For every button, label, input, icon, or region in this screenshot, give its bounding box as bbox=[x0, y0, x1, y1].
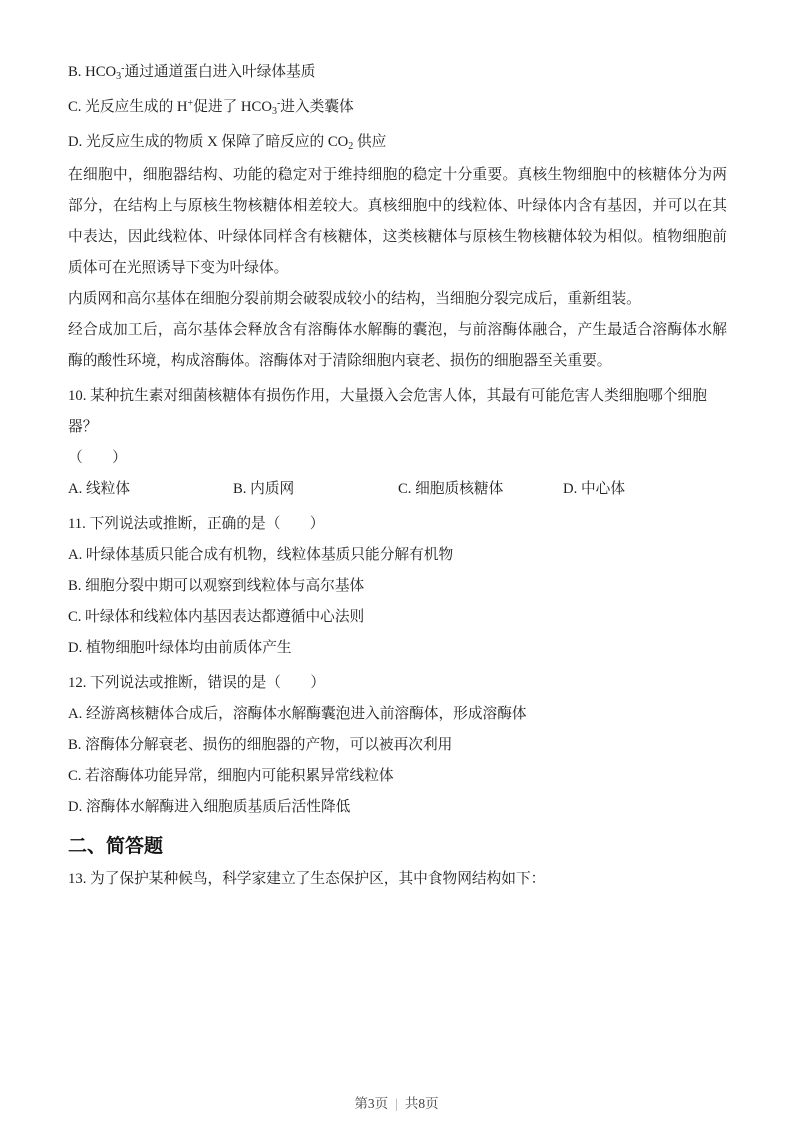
question-option: D. 中心体 bbox=[563, 474, 727, 505]
question-11: 11. 下列说法或推断，正确的是（ ） A. 叶绿体基质只能合成有机物，线粒体基… bbox=[68, 509, 727, 664]
question-option-b: B. HCO3-通过通道蛋白进入叶绿体基质 bbox=[68, 55, 727, 90]
exam-page: B. HCO3-通过通道蛋白进入叶绿体基质 C. 光反应生成的 H+促进了 HC… bbox=[0, 0, 793, 1122]
question-option-d: D. 光反应生成的物质 X 保障了暗反应的 CO2 供应 bbox=[68, 125, 727, 160]
page-content: B. HCO3-通过通道蛋白进入叶绿体基质 C. 光反应生成的 H+促进了 HC… bbox=[68, 55, 727, 895]
question-option: A. 线粒体 bbox=[68, 474, 233, 505]
question-option: B. 溶酶体分解衰老、损伤的细胞器的产物，可以被再次利用 bbox=[68, 730, 727, 761]
question-stem: 12. 下列说法或推断，错误的是（ ） bbox=[68, 668, 727, 699]
question-option: A. 经游离核糖体合成后，溶酶体水解酶囊泡进入前溶酶体，形成溶酶体 bbox=[68, 699, 727, 730]
page-number: 第3页 bbox=[354, 1096, 388, 1111]
question-option-c: C. 光反应生成的 H+促进了 HCO3-进入类囊体 bbox=[68, 90, 727, 125]
page-footer: 第3页|共8页 bbox=[0, 1094, 793, 1114]
question-option: C. 若溶酶体功能异常，细胞内可能积累异常线粒体 bbox=[68, 761, 727, 792]
question-10: 10. 某种抗生素对细菌核糖体有损伤作用，大量摄入会危害人体，其最有可能危害人类… bbox=[68, 381, 727, 505]
info-paragraph-lysosome: 经合成加工后，高尔基体会释放含有溶酶体水解酶的囊泡，与前溶酶体融合，产生最适合溶… bbox=[68, 315, 727, 377]
options-row: A. 线粒体 B. 内质网 C. 细胞质核糖体 D. 中心体 bbox=[68, 474, 727, 505]
question-12: 12. 下列说法或推断，错误的是（ ） A. 经游离核糖体合成后，溶酶体水解酶囊… bbox=[68, 668, 727, 823]
answer-parentheses: （ ） bbox=[68, 443, 727, 474]
footer-separator: | bbox=[395, 1096, 398, 1111]
page-count: 共8页 bbox=[405, 1096, 439, 1111]
info-paragraph-er-golgi: 内质网和高尔基体在细胞分裂前期会破裂成较小的结构，当细胞分裂完成后，重新组装。 bbox=[68, 284, 727, 315]
question-13-stem: 13. 为了保护某种候鸟，科学家建立了生态保护区，其中食物网结构如下： bbox=[68, 864, 727, 895]
question-option: A. 叶绿体基质只能合成有机物，线粒体基质只能分解有机物 bbox=[68, 540, 727, 571]
question-option: B. 内质网 bbox=[233, 474, 398, 505]
question-option: B. 细胞分裂中期可以观察到线粒体与高尔基体 bbox=[68, 571, 727, 602]
question-option: C. 叶绿体和线粒体内基因表达都遵循中心法则 bbox=[68, 602, 727, 633]
section-heading: 二、简答题 bbox=[68, 830, 727, 864]
info-paragraph-ribosome: 在细胞中，细胞器结构、功能的稳定对于维持细胞的稳定十分重要。真核生物细胞中的核糖… bbox=[68, 160, 727, 284]
question-option: D. 植物细胞叶绿体均由前质体产生 bbox=[68, 633, 727, 664]
question-stem: 11. 下列说法或推断，正确的是（ ） bbox=[68, 509, 727, 540]
question-option: D. 溶酶体水解酶进入细胞质基质后活性降低 bbox=[68, 792, 727, 823]
question-stem: 10. 某种抗生素对细菌核糖体有损伤作用，大量摄入会危害人体，其最有可能危害人类… bbox=[68, 381, 727, 443]
question-option: C. 细胞质核糖体 bbox=[398, 474, 563, 505]
